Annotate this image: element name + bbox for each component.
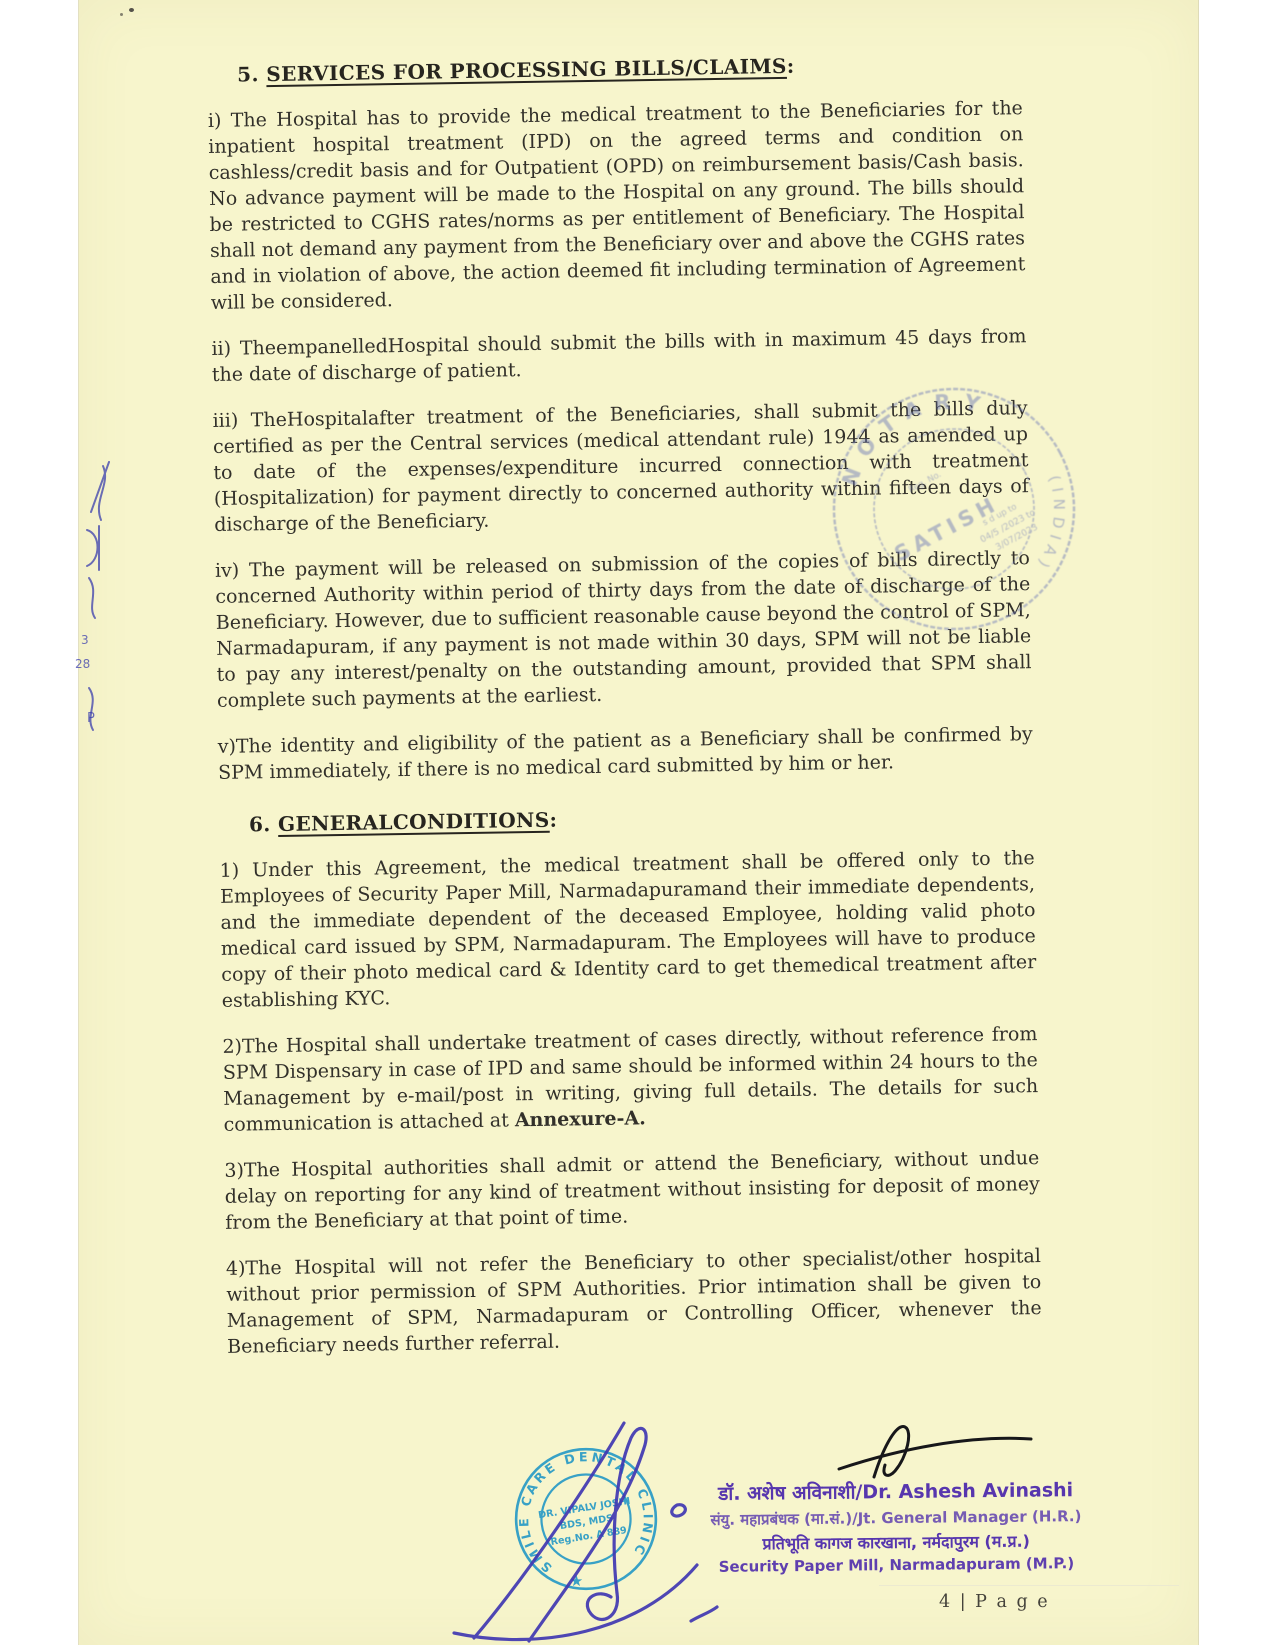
signatory-org-hindi: प्रतिभूति कागज कारखाना, नर्मदापुरम (म.प्…	[676, 1529, 1116, 1556]
section-heading-title: SERVICES FOR PROCESSING BILLS/CLAIMS	[266, 54, 787, 86]
section-heading-colon: :	[549, 808, 557, 832]
section-heading-number: 5.	[237, 62, 266, 86]
footer-rule	[879, 1585, 1179, 1586]
signature-block: डॉ. अशेष अविनाशी/Dr. Ashesh Avinashi संय…	[676, 1476, 1117, 1577]
margin-ink-digit: 3	[81, 633, 89, 647]
paragraph: i) The Hospital has to provide the medic…	[208, 95, 1026, 316]
signatory-name: डॉ. अशेष अविनाशी/Dr. Ashesh Avinashi	[676, 1476, 1116, 1507]
paragraph: 4)The Hospital will not refer the Benefi…	[226, 1243, 1043, 1360]
section-heading-number: 6.	[249, 812, 278, 836]
notary-stamp: NOTARY (INDIA) SATISH Reg. No. s d up to…	[823, 378, 1085, 640]
scan-speck	[129, 8, 134, 12]
document-section: 6. GENERALCONDITIONS:1) Under this Agree…	[219, 799, 1043, 1360]
margin-ink-digits: 28	[75, 657, 90, 671]
paragraph-text: 1) Under this Agreement, the medical tre…	[220, 847, 1037, 1012]
section-heading-title: GENERALCONDITIONS	[278, 808, 550, 836]
paragraph-text: ii) TheempanelledHospital should submit …	[211, 325, 1026, 386]
section-heading: 5. SERVICES FOR PROCESSING BILLS/CLAIMS:	[237, 49, 1022, 87]
paragraph-text: 3)The Hospital authorities shall admit o…	[224, 1147, 1040, 1234]
document-body: 5. SERVICES FOR PROCESSING BILLS/CLAIMS:…	[207, 49, 1042, 1360]
paragraph-text: v)The identity and eligibility of the pa…	[218, 723, 1033, 784]
signatory-org-english: Security Paper Mill, Narmadapuram (M.P.)	[676, 1554, 1116, 1577]
scanned-page: 5. SERVICES FOR PROCESSING BILLS/CLAIMS:…	[78, 0, 1199, 1645]
paragraph: 1) Under this Agreement, the medical tre…	[220, 845, 1037, 1014]
screenshot-root: { "page": { "number_label": "4 | P a g e…	[0, 0, 1275, 1645]
page-number: 4 | P a g e	[939, 1592, 1050, 1612]
signatory-designation: संयु. महाप्रबंधक (मा.सं.)/Jt. General Ma…	[676, 1506, 1116, 1531]
margin-ink-letter: P	[87, 711, 95, 726]
section-heading-colon: :	[787, 54, 795, 78]
paragraph: 3)The Hospital authorities shall admit o…	[224, 1145, 1040, 1236]
paragraph-bold-text: Annexure-A.	[515, 1107, 646, 1131]
notary-regno-text: Reg. No.	[907, 470, 943, 496]
margin-ink-annotation: 3 28 P	[65, 460, 129, 750]
paragraph: v)The identity and eligibility of the pa…	[218, 721, 1034, 786]
paragraph-text: i) The Hospital has to provide the medic…	[208, 97, 1026, 314]
scan-speck	[120, 13, 123, 16]
paragraph: 2)The Hospital shall undertake treatment…	[222, 1021, 1039, 1138]
notary-name-text: SATISH	[890, 491, 1002, 566]
section-heading: 6. GENERALCONDITIONS:	[249, 799, 1034, 837]
paragraph-text: 4)The Hospital will not refer the Benefi…	[226, 1245, 1042, 1358]
